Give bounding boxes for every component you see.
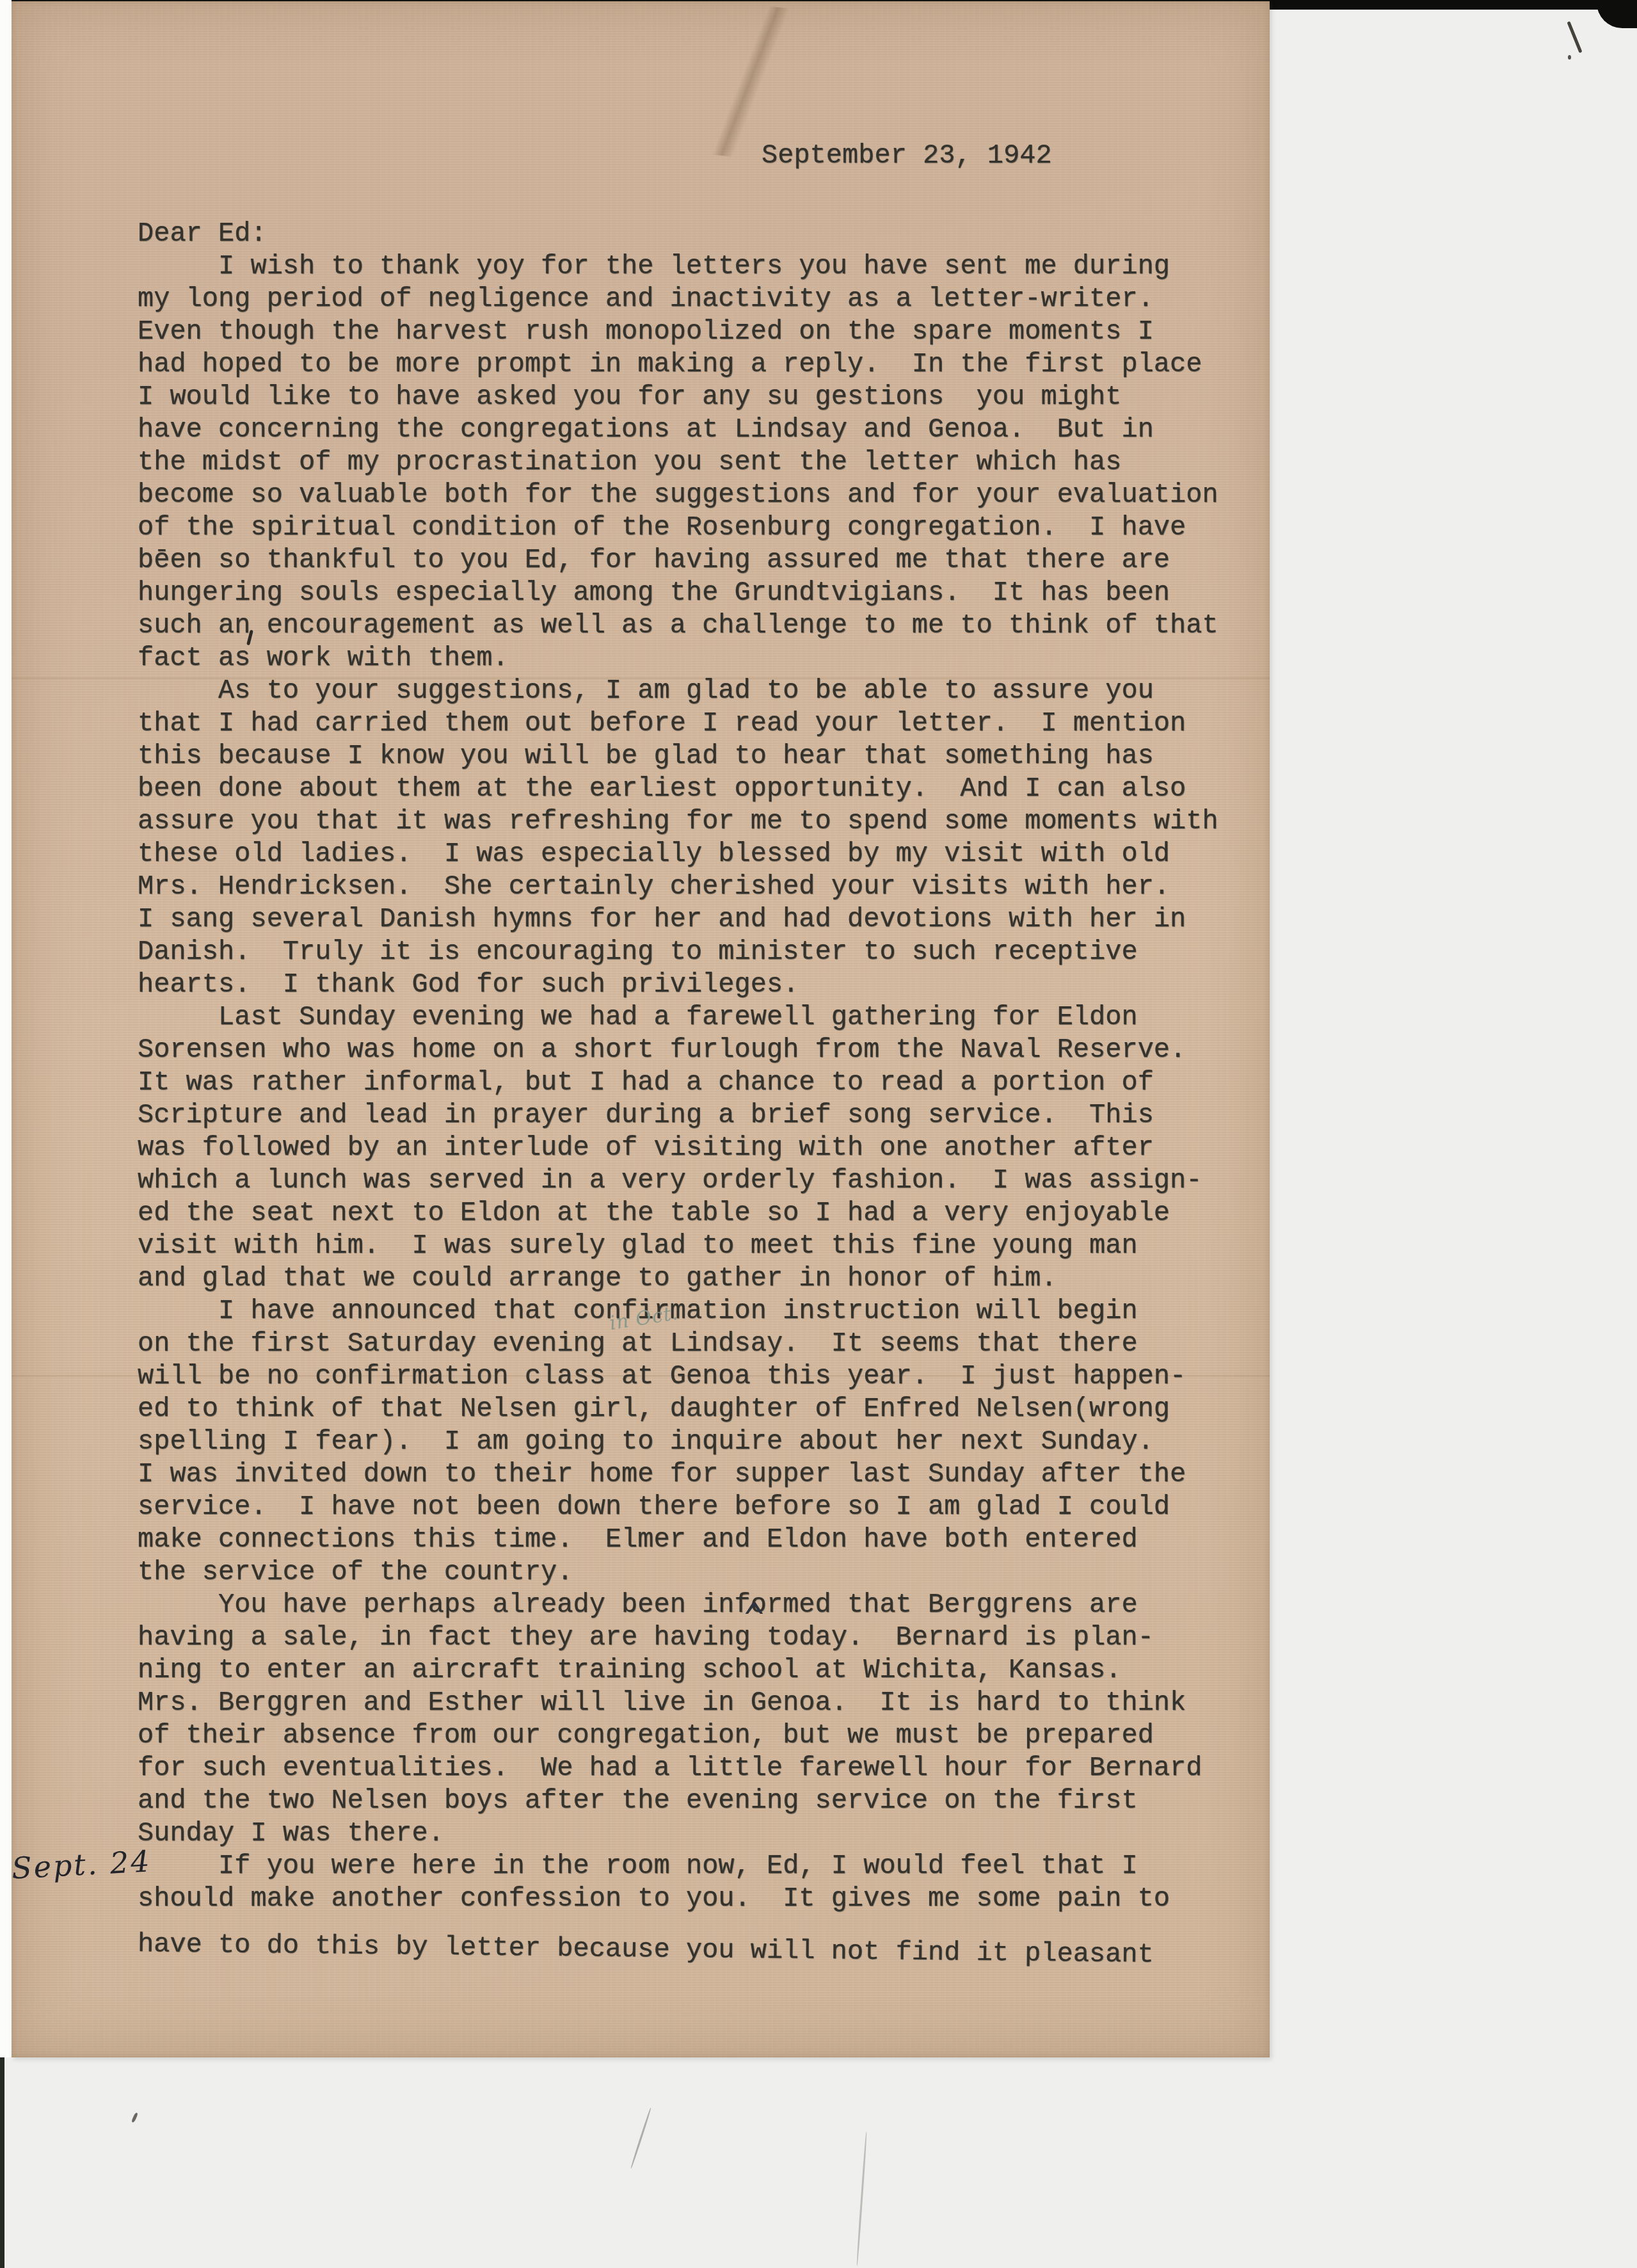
handwritten-margin-note: Sept. 24 bbox=[11, 1844, 152, 1885]
typed-line: these old ladies. I was especially bless… bbox=[138, 838, 1218, 871]
typed-line: the midst of my procrastination you sent… bbox=[138, 446, 1218, 479]
typed-line: I would like to have asked you for any s… bbox=[138, 381, 1218, 414]
typed-line: make connections this time. Elmer and El… bbox=[138, 1524, 1218, 1556]
typed-line: I wish to thank yoy for the letters you … bbox=[138, 250, 1218, 283]
scan-left-edge-dark bbox=[0, 2057, 4, 2268]
typed-line: Last Sunday evening we had a farewell ga… bbox=[138, 1001, 1218, 1034]
typed-line: ed the seat next to Eldon at the table s… bbox=[138, 1197, 1218, 1230]
scan-top-band bbox=[1270, 0, 1637, 10]
typed-line: for such eventualities. We had a little … bbox=[138, 1752, 1218, 1785]
paper-crease bbox=[709, 1, 789, 161]
typed-line: on the first Saturday evening at Lindsay… bbox=[138, 1328, 1218, 1360]
typed-line: You have perhaps already been informed t… bbox=[138, 1589, 1218, 1621]
scan-fiber-mark bbox=[856, 2132, 868, 2266]
typed-line: and glad that we could arrange to gather… bbox=[138, 1262, 1218, 1295]
typed-line: was followed by an interlude of visiting… bbox=[138, 1132, 1218, 1164]
typed-line: ed to think of that Nelsen girl, daughte… bbox=[138, 1393, 1218, 1426]
handwritten-caret: ^ bbox=[742, 1595, 766, 1644]
typed-line: hungering souls especially among the Gru… bbox=[138, 577, 1218, 609]
typed-line: As to your suggestions, I am glad to be … bbox=[138, 675, 1218, 707]
typed-line: bēen so thankful to you Ed, for having a… bbox=[138, 544, 1218, 577]
typed-line: which a lunch was served in a very order… bbox=[138, 1164, 1218, 1197]
letter-paper: September 23, 1942 Dear Ed: I wish to th… bbox=[12, 1, 1270, 2057]
typed-line: Scripture and lead in prayer during a br… bbox=[138, 1099, 1218, 1132]
typed-line: such an encouragement as well as a chall… bbox=[138, 609, 1218, 642]
typed-line: Dear Ed: bbox=[138, 218, 1218, 250]
typed-line: and the two Nelsen boys after the evenin… bbox=[138, 1785, 1218, 1817]
typed-line: of the spiritual condition of the Rosenb… bbox=[138, 511, 1218, 544]
typed-line: become so valuable both for the suggesti… bbox=[138, 479, 1218, 511]
letter-date: September 23, 1942 bbox=[762, 140, 1052, 172]
typed-line: service. I have not been down there befo… bbox=[138, 1491, 1218, 1524]
typed-line: assure you that it was refreshing for me… bbox=[138, 805, 1218, 838]
typed-line: the service of the country. bbox=[138, 1556, 1218, 1589]
typed-line: Sunday I was there. bbox=[138, 1817, 1218, 1850]
typed-line: this because I know you will be glad to … bbox=[138, 740, 1218, 773]
typed-line: ning to enter an aircraft training schoo… bbox=[138, 1654, 1218, 1687]
typed-line: Danish. Truly it is encouraging to minis… bbox=[138, 936, 1218, 969]
typed-line: If you were here in the room now, Ed, I … bbox=[138, 1850, 1218, 1883]
typed-line: It was rather informal, but I had a chan… bbox=[138, 1066, 1218, 1099]
typed-line-final: have to do this by letter because you wi… bbox=[138, 1928, 1154, 1972]
typed-line: had hoped to be more prompt in making a … bbox=[138, 348, 1218, 381]
typed-line: having a sale, in fact they are having t… bbox=[138, 1621, 1218, 1654]
typed-line: Mrs. Hendricksen. She certainly cherishe… bbox=[138, 871, 1218, 903]
typed-line: been done about them at the earliest opp… bbox=[138, 773, 1218, 805]
scan-corner-rounded bbox=[1597, 0, 1637, 28]
typed-line: should make another confession to you. I… bbox=[138, 1883, 1218, 1915]
typed-line: Mrs. Berggren and Esther will live in Ge… bbox=[138, 1687, 1218, 1719]
typed-line: visit with him. I was surely glad to mee… bbox=[138, 1230, 1218, 1262]
typed-line: have concerning the congregations at Lin… bbox=[138, 414, 1218, 446]
typed-line: of their absence from our congregation, … bbox=[138, 1719, 1218, 1752]
typed-line: I was invited down to their home for sup… bbox=[138, 1458, 1218, 1491]
scan-left-margin bbox=[0, 0, 12, 2057]
typed-line: I sang several Danish hymns for her and … bbox=[138, 903, 1218, 936]
scanned-letter-page: September 23, 1942 Dear Ed: I wish to th… bbox=[0, 0, 1637, 2268]
typed-line: that I had carried them out before I rea… bbox=[138, 707, 1218, 740]
scan-scratch-dot bbox=[1568, 55, 1571, 60]
typed-line: Even though the harvest rush monopolized… bbox=[138, 316, 1218, 348]
typed-line: my long period of negligence and inactiv… bbox=[138, 283, 1218, 316]
typed-line: hearts. I thank God for such privileges. bbox=[138, 969, 1218, 1001]
typed-line: spelling I fear). I am going to inquire … bbox=[138, 1426, 1218, 1458]
typed-line: fact as work with them. bbox=[138, 642, 1218, 675]
scan-speck bbox=[131, 2112, 138, 2123]
scan-scratch-mark bbox=[1567, 21, 1582, 53]
typed-line: Sorensen who was home on a short furloug… bbox=[138, 1034, 1218, 1066]
letter-body: Dear Ed: I wish to thank yoy for the let… bbox=[138, 218, 1218, 1915]
scan-fiber-mark bbox=[630, 2107, 652, 2169]
typed-line: will be no confirmation class at Genoa t… bbox=[138, 1360, 1218, 1393]
